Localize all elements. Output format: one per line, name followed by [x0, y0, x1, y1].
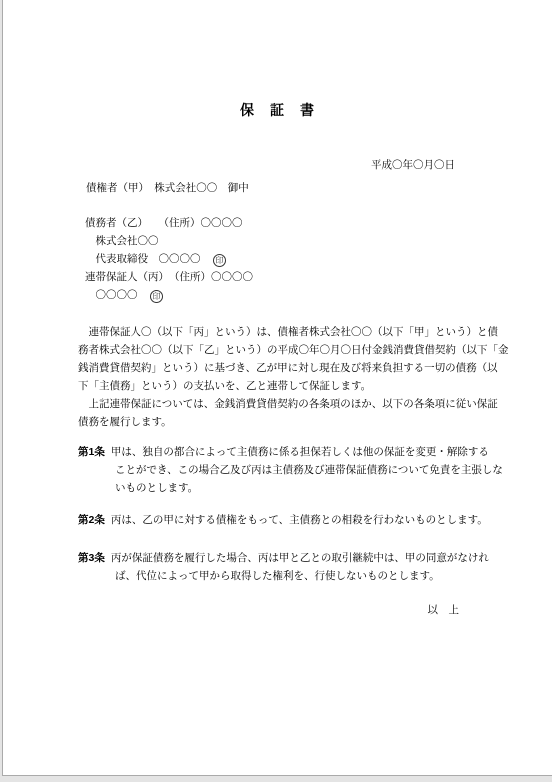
guarantor-name-line: 〇〇〇〇 印: [85, 286, 253, 304]
article-1-continuation-line: いものとします。: [78, 479, 503, 497]
article-3: 第3条丙が保証債務を履行した場合、丙は甲と乙との取引継続中は、甲の同意がなけれ …: [78, 549, 489, 585]
document-page: 保 証 書 平成〇年〇月〇日 債権者（甲） 株式会社〇〇 御中 債務者（乙） （…: [2, 0, 552, 776]
closing-phrase: 以 上: [3, 601, 552, 619]
preamble-line: 債務を履行します。: [78, 413, 509, 431]
debtor-representative-line: 代表取締役 〇〇〇〇 印: [85, 250, 253, 268]
preamble-paragraph: 連帯保証人〇（以下「丙」という）は、債権者株式会社〇〇（以下「甲」という）と債 …: [78, 323, 509, 431]
article-1-first-line: 第1条甲は、独自の都合によって主債務に係る担保若しくは他の保証を変更・解除する: [78, 443, 503, 461]
article-1-continuation-line: ことができ、この場合乙及び丙は主債務及び連帯保証債務について免責を主張しな: [78, 461, 503, 479]
article-1-label: 第1条: [78, 446, 105, 458]
preamble-line: 下「主債務」という）の支払いを、乙と連帯して保証します。: [78, 377, 509, 395]
guarantor-name-text: 〇〇〇〇: [85, 289, 148, 301]
seal-icon: 印: [150, 290, 163, 303]
debtor-representative-text: 代表取締役 〇〇〇〇: [85, 253, 211, 265]
debtor-company-line: 株式会社〇〇: [85, 232, 253, 250]
preamble-line: 上記連帯保証については、金銭消費貸借契約の各条項のほか、以下の各条項に従い保証: [78, 395, 509, 413]
parties-block: 債務者（乙） （住所）〇〇〇〇 株式会社〇〇 代表取締役 〇〇〇〇 印 連帯保証…: [85, 214, 253, 304]
article-3-continuation-line: ば、代位によって甲から取得した権利を、行使しないものとします。: [78, 567, 489, 585]
article-3-label: 第3条: [78, 552, 105, 564]
guarantor-line: 連帯保証人（丙） （住所）〇〇〇〇: [85, 268, 253, 286]
debtor-line: 債務者（乙） （住所）〇〇〇〇: [85, 214, 253, 232]
article-2: 第2条丙は、乙の甲に対する債権をもって、主債務との相殺を行わないものとします。: [78, 511, 488, 529]
addressee-line: 債権者（甲） 株式会社〇〇 御中: [86, 179, 249, 197]
document-title: 保 証 書: [3, 100, 552, 120]
article-2-label: 第2条: [78, 514, 105, 526]
article-3-first-line: 第3条丙が保証債務を履行した場合、丙は甲と乙との取引継続中は、甲の同意がなけれ: [78, 549, 489, 567]
document-date: 平成〇年〇月〇日: [3, 157, 552, 173]
article-1-text: 甲は、独自の都合によって主債務に係る担保若しくは他の保証を変更・解除する: [111, 446, 489, 458]
article-2-text: 丙は、乙の甲に対する債権をもって、主債務との相殺を行わないものとします。: [111, 514, 488, 526]
article-3-text: 丙が保証債務を履行した場合、丙は甲と乙との取引継続中は、甲の同意がなけれ: [111, 552, 489, 564]
seal-icon: 印: [213, 254, 226, 267]
preamble-line: 務者株式会社〇〇（以下「乙」という）の平成〇年〇月〇日付金銭消費貸借契約（以下「…: [78, 341, 509, 359]
article-2-first-line: 第2条丙は、乙の甲に対する債権をもって、主債務との相殺を行わないものとします。: [78, 511, 488, 529]
preamble-line: 銭消費貸借契約」という）に基づき、乙が甲に対し現在及び将来負担する一切の債務（以: [78, 359, 509, 377]
preamble-line: 連帯保証人〇（以下「丙」という）は、債権者株式会社〇〇（以下「甲」という）と債: [78, 323, 509, 341]
article-1: 第1条甲は、独自の都合によって主債務に係る担保若しくは他の保証を変更・解除する …: [78, 443, 503, 497]
